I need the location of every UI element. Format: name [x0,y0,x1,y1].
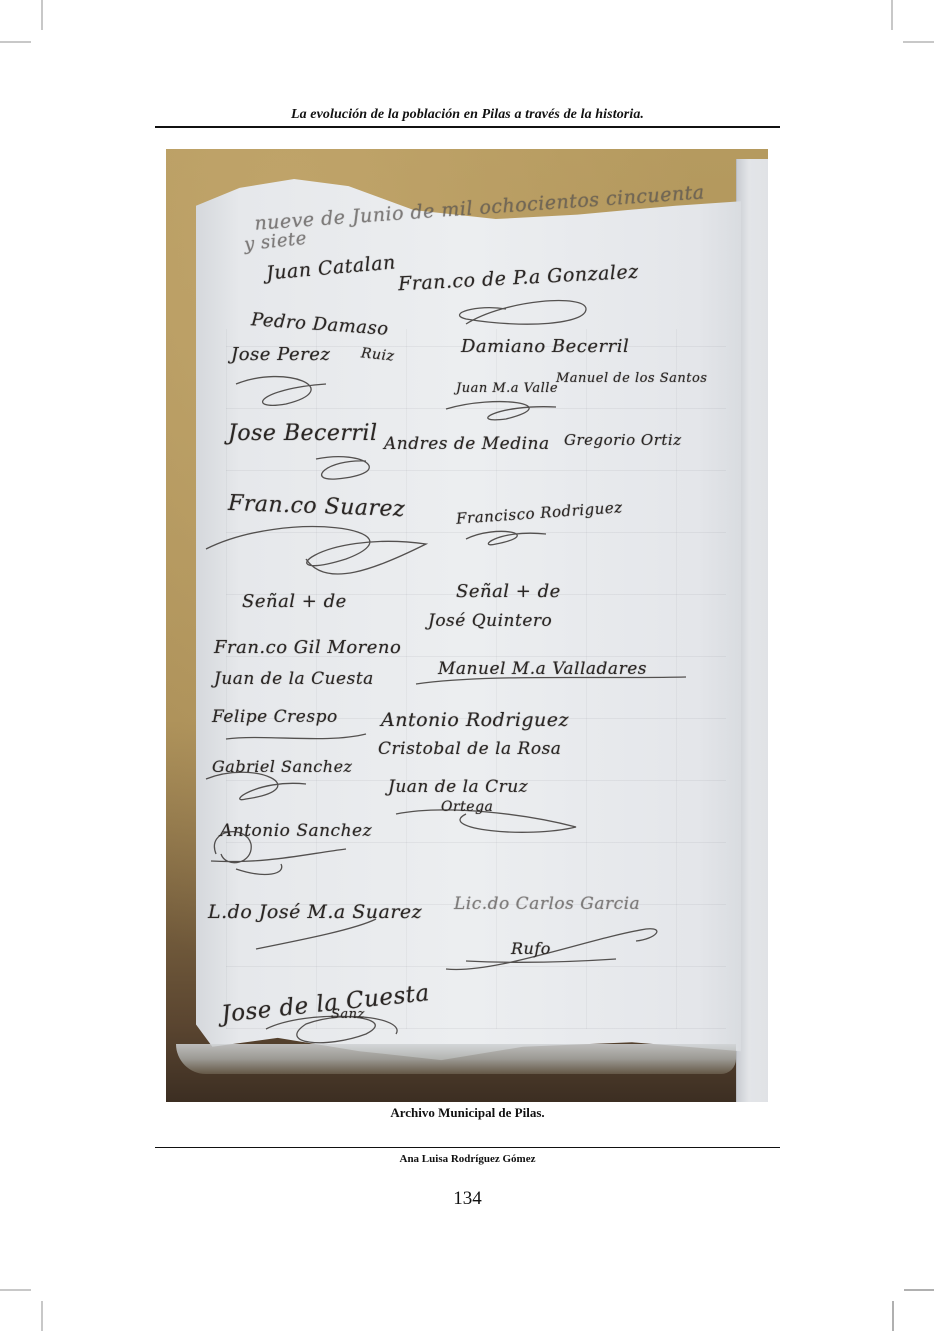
crop-mark-bottom-right-horizontal [904,1289,934,1291]
signature: L.do José M.a Suarez [208,901,422,923]
author-name: Ana Luisa Rodríguez Gómez [155,1153,780,1165]
signature: Sanz [331,1007,365,1022]
running-title: La evolución de la población en Pilas a … [155,107,780,123]
signature: Jose Perez [231,344,330,365]
signature: Jose Becerril [228,421,378,446]
crop-mark-top-left-vertical [41,0,43,30]
signature: Lic.do Carlos Garcia [454,894,640,914]
crop-mark-top-left-horizontal [0,41,31,43]
signature: Manuel M.a Valladares [438,659,647,679]
figure-caption: Archivo Municipal de Pilas. [155,1105,780,1121]
signature: Felipe Crespo [212,707,338,727]
signature: Señal + de [242,591,347,612]
crop-mark-top-right-vertical [891,0,893,30]
signature: Juan de la Cuesta [214,669,374,689]
signature: Gregorio Ortiz [564,431,682,449]
signature: Antonio Rodriguez [381,709,569,731]
signature: Fran.co Gil Moreno [214,637,401,658]
signature: Damiano Becerril [461,336,629,357]
crop-mark-top-right-horizontal [903,41,934,43]
signature: Manuel de los Santos [556,371,707,386]
footer-rule [155,1147,780,1148]
signature: Cristobal de la Rosa [378,739,561,759]
signature: Señal + de [456,581,561,602]
signature: Juan de la Cruz [388,777,528,797]
page-bottom-edge [176,1044,736,1074]
signature: Ruiz [360,345,395,364]
archival-photo: nueve de Junio de mil ochocientos cincue… [166,149,768,1102]
signature: Ortega [441,799,493,815]
header-rule [155,126,780,128]
signature: Juan M.a Valle [456,381,558,396]
signature: Andres de Medina [384,434,550,454]
crop-mark-bottom-right-vertical [892,1301,894,1331]
signature: José Quintero [428,611,552,631]
signature: Antonio Sanchez [220,821,372,841]
signature: Rufo [511,939,551,958]
crop-mark-bottom-left-vertical [41,1301,43,1331]
signature: Gabriel Sanchez [212,757,352,776]
crop-mark-bottom-left-horizontal [0,1289,31,1291]
page-number: 134 [155,1188,780,1210]
